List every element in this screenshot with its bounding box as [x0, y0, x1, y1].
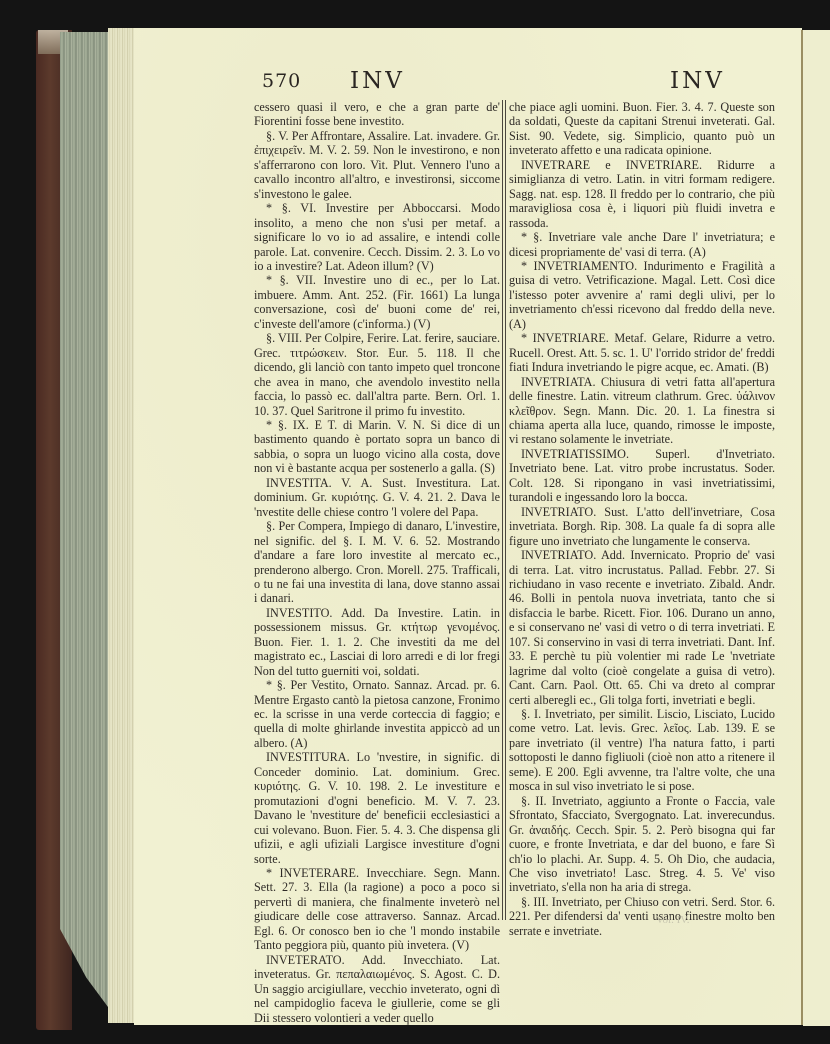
entry-paragraph: cessero quasi il vero, e che a gran part… — [254, 100, 500, 129]
entry-paragraph: INVETRIATO. Add. Invernicato. Proprio de… — [509, 548, 775, 707]
entry-paragraph: INVETRIATISSIMO. Superl. d'Invetriato. I… — [509, 447, 775, 505]
left-text-column: cessero quasi il vero, e che a gran part… — [254, 100, 500, 1025]
entry-paragraph: §. I. Invetriato, per similit. Liscio, L… — [509, 707, 775, 794]
entry-paragraph: * INVETRIARE. Metaf. Gelare, Ridurre a v… — [509, 331, 775, 374]
entry-paragraph: INVETERATO. Add. Invecchiato. Lat. invet… — [254, 953, 500, 1025]
entry-paragraph: INVESTITA. V. A. Sust. Investitura. Lat.… — [254, 476, 500, 519]
running-headword-left: INV — [350, 68, 405, 94]
entry-paragraph: * §. Invetriare vale anche Dare l' invet… — [509, 230, 775, 259]
entry-paragraph: * INVETRIAMENTO. Indurimento e Fragilità… — [509, 259, 775, 331]
volume-signature-bleedthrough: Vol. IV. — [656, 914, 690, 926]
running-headword-right: INV — [670, 68, 725, 94]
page-number: 570 — [262, 70, 301, 92]
entry-paragraph: * §. VII. Investire uno di ec., per lo L… — [254, 273, 500, 331]
page-block-edge — [60, 32, 108, 1007]
column-divider-rule — [502, 100, 506, 920]
running-header: 570 INV INV — [252, 70, 774, 100]
entry-paragraph: che piace agli uomini. Buon. Fier. 3. 4.… — [509, 100, 775, 158]
entry-paragraph: * §. VI. Investire per Abboccarsi. Modo … — [254, 201, 500, 273]
facing-page-edge — [803, 30, 830, 1026]
entry-paragraph: §. Per Compera, Impiego di danaro, L'inv… — [254, 519, 500, 606]
entry-paragraph: §. II. Invetriato, aggiunto a Fronte o F… — [509, 794, 775, 895]
page-stack-edges — [108, 28, 136, 1023]
entry-paragraph: * §. IX. E T. di Marin. V. N. Si dice di… — [254, 418, 500, 476]
right-text-column: che piace agli uomini. Buon. Fier. 3. 4.… — [509, 100, 775, 938]
entry-paragraph: INVETRIATO. Sust. L'atto dell'invetriare… — [509, 505, 775, 548]
entry-paragraph: §. III. Invetriato, per Chiuso con vetri… — [509, 895, 775, 938]
entry-paragraph: §. V. Per Affrontare, Assalire. Lat. inv… — [254, 129, 500, 201]
entry-paragraph: INVESTITURA. Lo 'nvestire, in signific. … — [254, 750, 500, 866]
entry-paragraph: INVETRARE e INVETRIARE. Ridurre a simigl… — [509, 158, 775, 230]
entry-paragraph: §. VIII. Per Colpire, Ferire. Lat. ferir… — [254, 331, 500, 418]
entry-paragraph: INVETRIATA. Chiusura di vetri fatta all'… — [509, 375, 775, 447]
entry-paragraph: * INVETERARE. Invecchiare. Segn. Mann. S… — [254, 866, 500, 953]
entry-paragraph: * §. Per Vestito, Ornato. Sannaz. Arcad.… — [254, 678, 500, 750]
entry-paragraph: INVESTITO. Add. Da Investire. Latin. in … — [254, 606, 500, 678]
